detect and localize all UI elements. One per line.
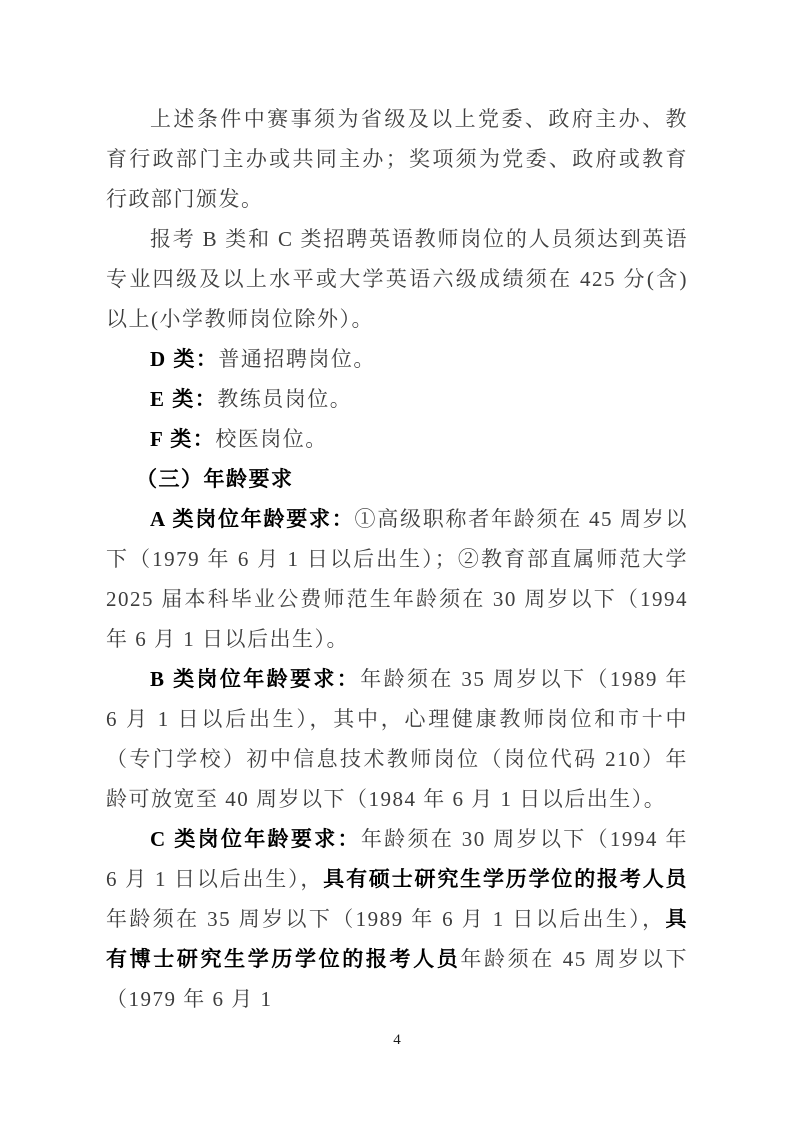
document-page: 上述条件中赛事须为省级及以上党委、政府主办、教育行政部门主办或共同主办；奖项须为…	[0, 0, 794, 1123]
paragraph-category-e: E 类：教练员岗位。	[106, 379, 688, 419]
text-run: 上述条件中赛事须为省级及以上党委、政府主办、教育行政部门主办或共同主办；奖项须为…	[106, 107, 688, 211]
text-run: A 类岗位年龄要求：	[150, 507, 355, 531]
page-number: 4	[393, 1032, 401, 1048]
document-body: 上述条件中赛事须为省级及以上党委、政府主办、教育行政部门主办或共同主办；奖项须为…	[106, 99, 688, 1019]
text-run: C 类岗位年龄要求：	[150, 827, 361, 851]
text-run: 教练员岗位。	[217, 387, 352, 411]
text-run: 具有硕士研究生学历学位的报考人员	[323, 867, 688, 891]
text-run: 校医岗位。	[215, 427, 328, 451]
text-run: D 类：	[150, 347, 218, 371]
text-run: B 类岗位年龄要求：	[150, 667, 360, 691]
paragraph-award-condition: 上述条件中赛事须为省级及以上党委、政府主办、教育行政部门主办或共同主办；奖项须为…	[106, 99, 688, 219]
text-run: （三）年龄要求	[136, 467, 294, 491]
paragraph-category-f: F 类：校医岗位。	[106, 419, 688, 459]
paragraph-age-requirement-c: C 类岗位年龄要求：年龄须在 30 周岁以下（1994 年 6 月 1 日以后出…	[106, 819, 688, 1019]
page-footer: 4	[0, 1030, 794, 1050]
text-run: 普通招聘岗位。	[218, 347, 376, 371]
paragraph-category-d: D 类：普通招聘岗位。	[106, 339, 688, 379]
text-run: F 类：	[150, 427, 215, 451]
text-run: 报考 B 类和 C 类招聘英语教师岗位的人员须达到英语专业四级及以上水平或大学英…	[106, 227, 688, 331]
paragraph-age-requirement-a: A 类岗位年龄要求：①高级职称者年龄须在 45 周岁以下（1979 年 6 月 …	[106, 499, 688, 659]
paragraph-english-requirement: 报考 B 类和 C 类招聘英语教师岗位的人员须达到英语专业四级及以上水平或大学英…	[106, 219, 688, 339]
text-run: E 类：	[150, 387, 217, 411]
paragraph-age-requirement-b: B 类岗位年龄要求：年龄须在 35 周岁以下（1989 年 6 月 1 日以后出…	[106, 659, 688, 819]
text-run: 年龄须在 35 周岁以下（1989 年 6 月 1 日以后出生），	[106, 907, 666, 931]
section-heading-age-requirement: （三）年龄要求	[106, 459, 688, 499]
